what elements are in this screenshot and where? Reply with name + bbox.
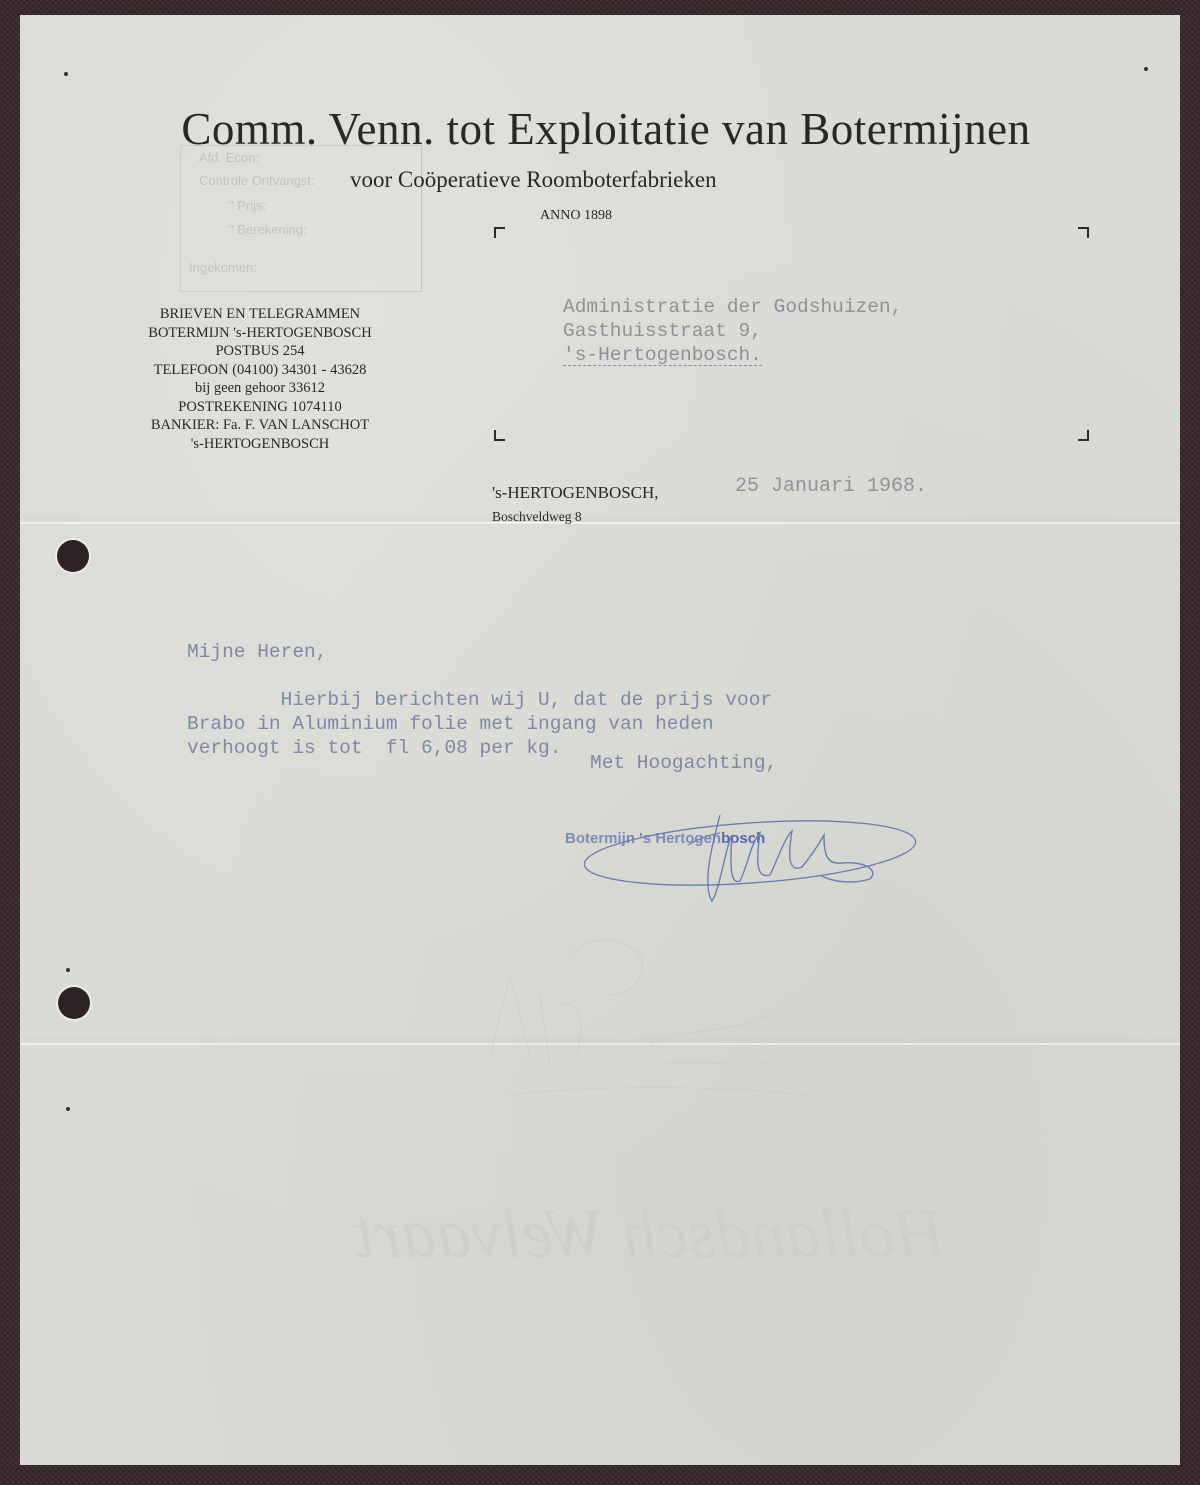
company-subtitle: voor Coöperatieve Roomboterfabrieken	[350, 167, 717, 193]
pin-mark	[66, 968, 70, 972]
received-stamp-line: " Prijs:	[229, 198, 266, 213]
contact-block: BRIEVEN EN TELEGRAMMEN BOTERMIJN 's-HERT…	[90, 305, 430, 453]
recipient-address: Administratie der Godshuizen, Gasthuisst…	[563, 295, 902, 367]
pin-mark	[64, 72, 68, 76]
watermark-text: Hollandsch Welvaart	[350, 1195, 950, 1275]
address-window-corner-icon	[1078, 430, 1089, 441]
letter-page: Afd. Econ: Controle Ontvangst: " Prijs: …	[20, 15, 1180, 1465]
punch-hole-lower	[58, 987, 90, 1019]
received-stamp-line: Controle Ontvangst:	[199, 173, 315, 188]
recipient-city: 's-Hertogenbosch.	[563, 345, 762, 366]
letter-body: Mijne Heren, Hierbij berichten wij U, da…	[187, 640, 772, 760]
received-stamp-line: " Berekening:	[229, 222, 307, 237]
punch-hole-upper	[57, 540, 89, 572]
fold-crease-upper	[20, 522, 1180, 524]
sender-street: Boschveldweg 8	[492, 509, 582, 525]
contact-line: 's-HERTOGENBOSCH	[90, 435, 430, 454]
contact-line: BOTERMIJN 's-HERTOGENBOSCH	[90, 324, 430, 343]
body-line: Brabo in Aluminium folie met ingang van …	[187, 712, 772, 736]
body-line: Hierbij berichten wij U, dat de prijs vo…	[187, 688, 772, 712]
contact-line: POSTREKENING 1074110	[90, 398, 430, 417]
signature-icon	[580, 805, 920, 915]
contact-line: POSTBUS 254	[90, 342, 430, 361]
pin-mark	[66, 1107, 70, 1111]
contact-line: TELEFOON (04100) 34301 - 43628	[90, 361, 430, 380]
address-window-corner-icon	[1078, 227, 1089, 238]
address-window-corner-icon	[494, 430, 505, 441]
contact-line: bij geen gehoor 33612	[90, 379, 430, 398]
sender-city: 's-HERTOGENBOSCH,	[492, 483, 659, 503]
watermark-crest-icon	[450, 935, 850, 1125]
address-window-corner-icon	[494, 227, 505, 238]
company-name: Comm. Venn. tot Exploitatie van Botermij…	[86, 103, 1126, 155]
pin-mark	[1144, 67, 1148, 71]
closing: Met Hoogachting,	[590, 752, 777, 774]
recipient-street: Gasthuisstraat 9,	[563, 319, 902, 343]
founding-year: ANNO 1898	[540, 208, 612, 224]
contact-line: BANKIER: Fa. F. VAN LANSCHOT	[90, 416, 430, 435]
salutation: Mijne Heren,	[187, 640, 772, 664]
contact-line: BRIEVEN EN TELEGRAMMEN	[90, 305, 430, 324]
recipient-name: Administratie der Godshuizen,	[563, 295, 902, 319]
letter-date: 25 Januari 1968.	[735, 475, 927, 498]
received-stamp-line: Ingekomen:	[189, 260, 257, 275]
